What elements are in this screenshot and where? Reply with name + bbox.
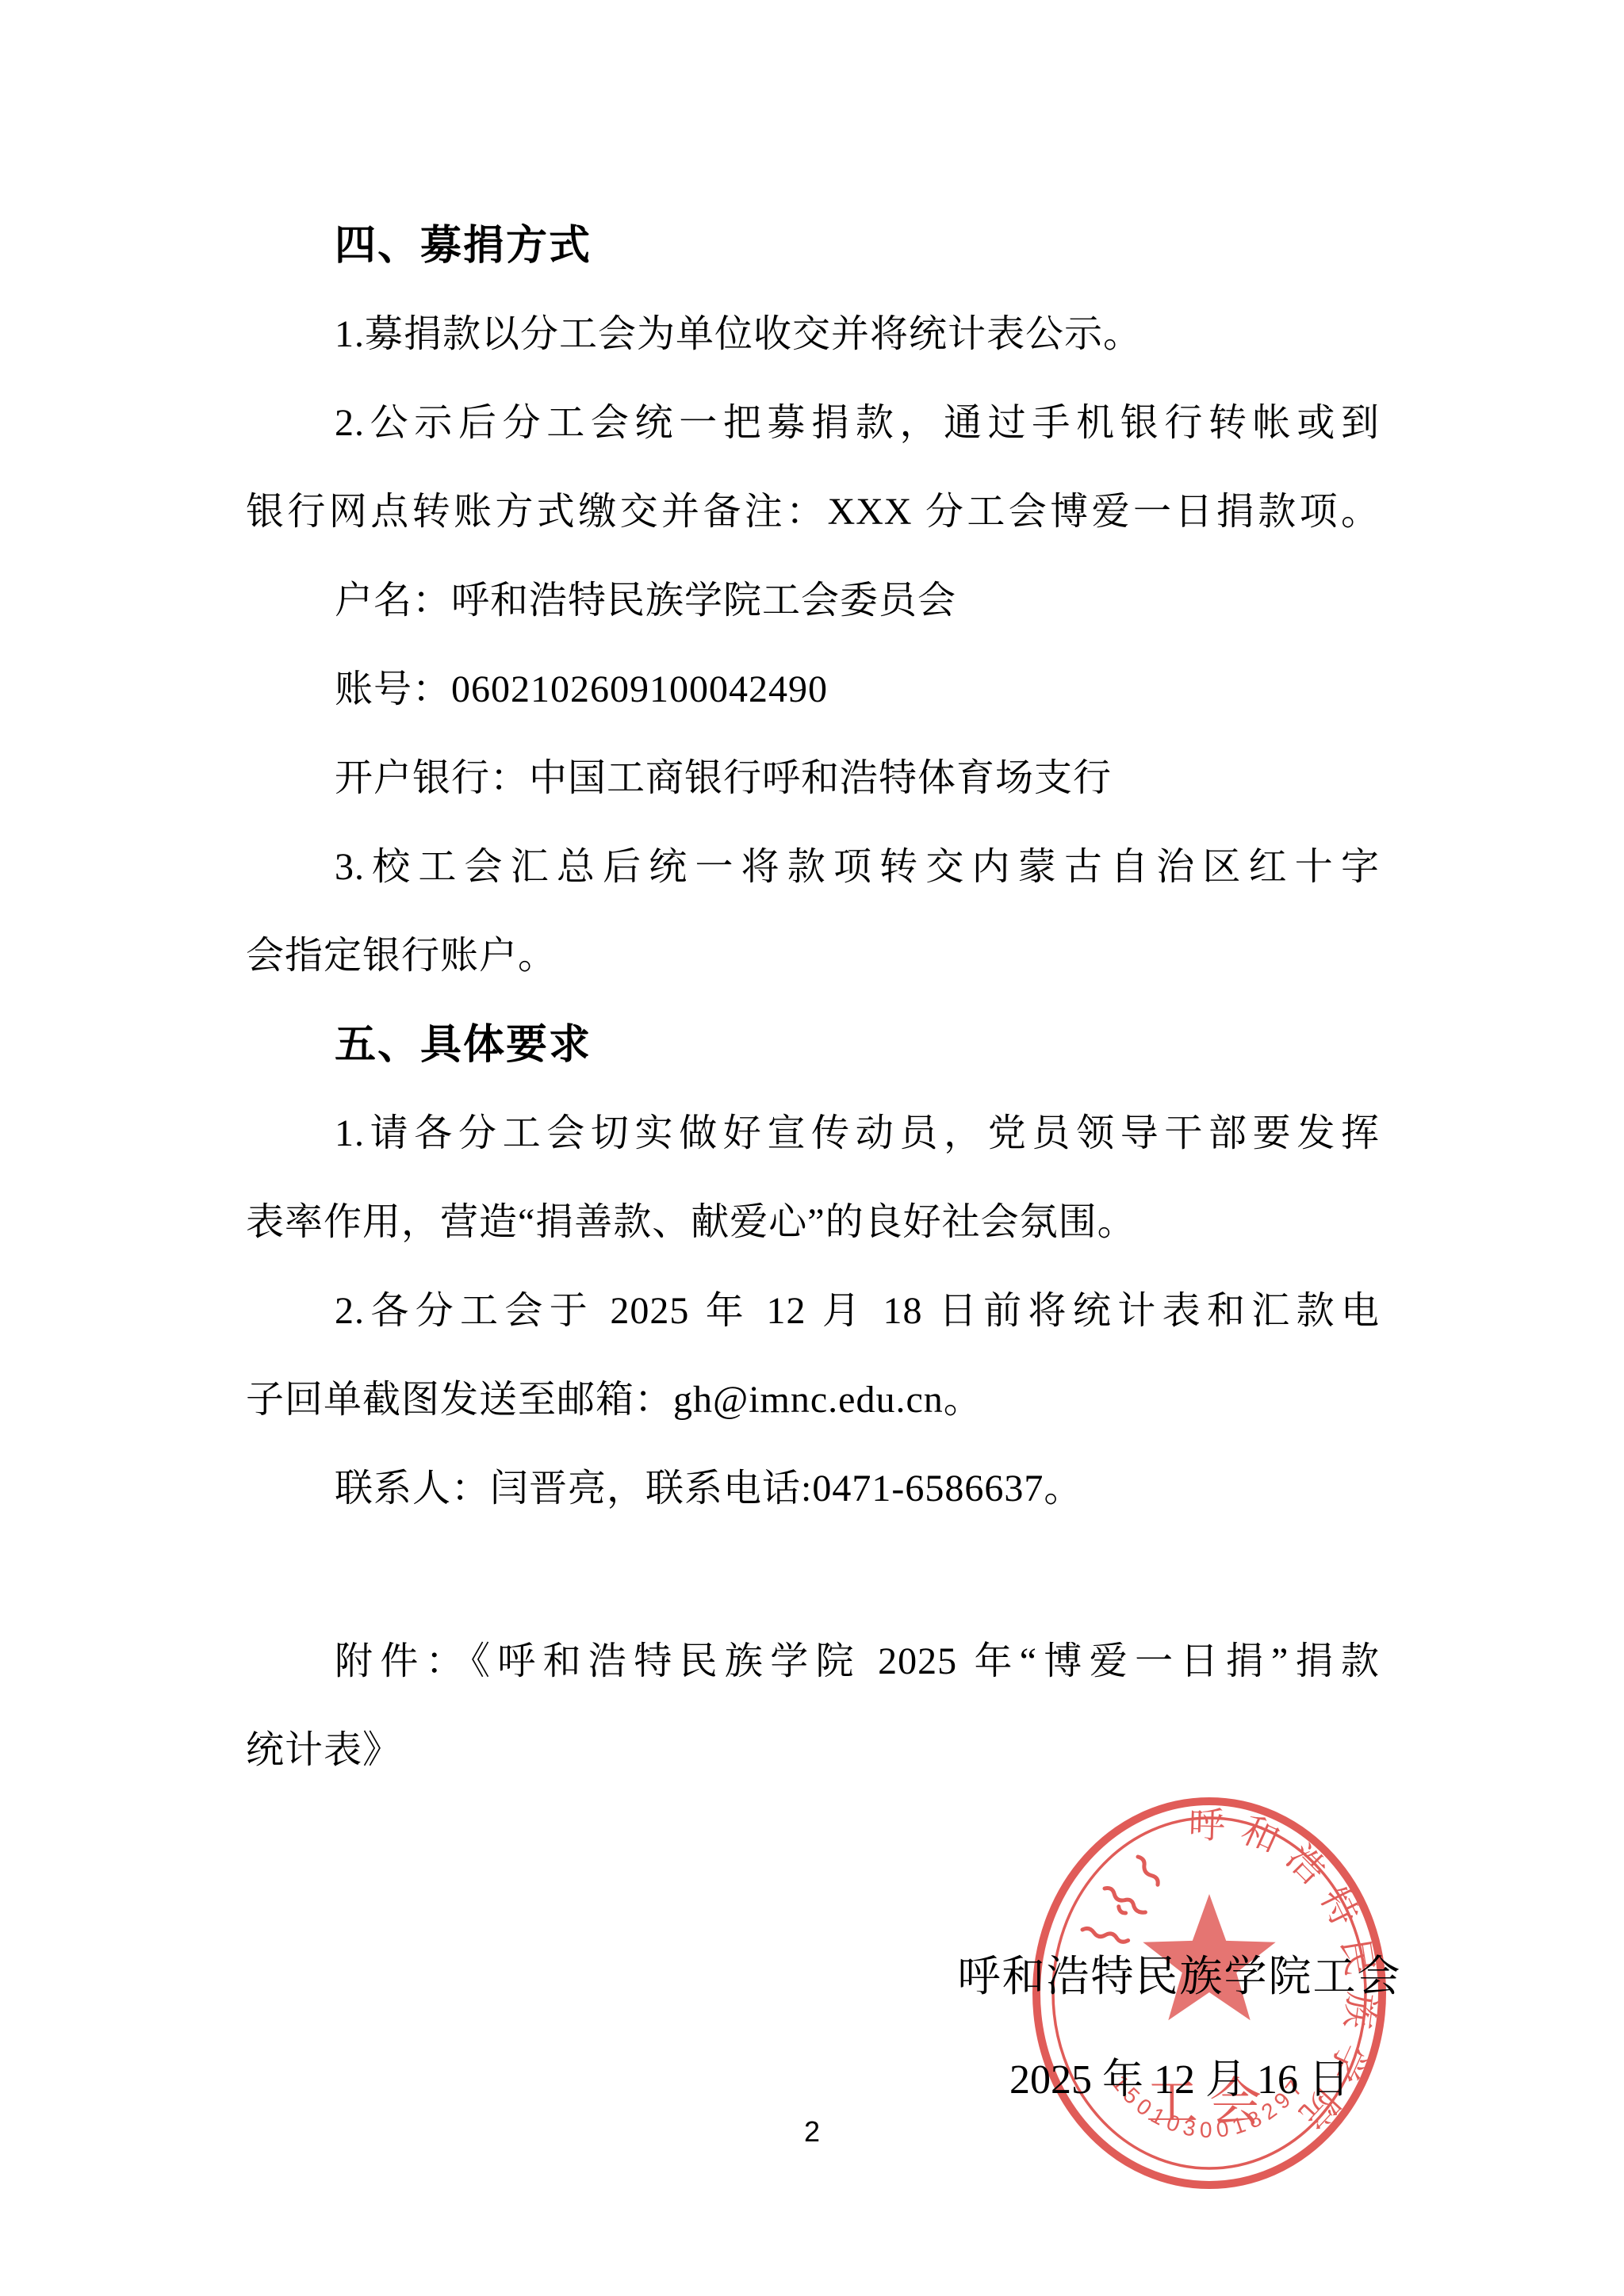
body-line: 3.校工会汇总后统一将款项转交内蒙古自治区红十字	[246, 823, 1380, 912]
document-body: 四、募捐方式 1.募捐款以分工会为单位收交并将统计表公示。 2.公示后分工会统一…	[246, 201, 1380, 1795]
attachment-line-2: 统计表》	[246, 1706, 1380, 1795]
section-heading-4: 四、募捐方式	[246, 201, 1380, 290]
body-line: 表率作用，营造“捐善款、献爱心”的良好社会氛围。	[246, 1178, 1380, 1267]
body-line: 1.募捐款以分工会为单位收交并将统计表公示。	[246, 290, 1380, 379]
body-line: 银行网点转账方式缴交并备注：XXX 分工会博爱一日捐款项。	[246, 468, 1380, 557]
bank-line: 开户银行：中国工商银行呼和浩特体育场支行	[246, 734, 1380, 823]
body-line: 2.各分工会于 2025 年 12 月 18 日前将统计表和汇款电	[246, 1267, 1380, 1356]
seal-bottom-label: 工会	[1146, 2072, 1273, 2131]
seal-mongolian-script-icon	[1100, 1883, 1146, 1923]
body-line: 1.请各分工会切实做好宣传动员，党员领导干部要发挥	[246, 1089, 1380, 1178]
attachment-line: 附件：《呼和浩特民族学院 2025 年“博爱一日捐”捐款	[246, 1617, 1380, 1706]
seal-star-icon	[1143, 1894, 1275, 2020]
document-page: 四、募捐方式 1.募捐款以分工会为单位收交并将统计表公示。 2.公示后分工会统一…	[0, 0, 1624, 2296]
section-heading-5: 五、具体要求	[246, 1001, 1380, 1089]
official-seal: 呼和浩特民族学院 1501030018297 工会	[1027, 1793, 1392, 2194]
account-number-line: 账号：0602102609100042490	[246, 645, 1380, 734]
seal-mongolian-script-icon	[1082, 1925, 1129, 1946]
body-line: 会指定银行账户。	[246, 912, 1380, 1001]
account-name-line: 户名：呼和浩特民族学院工会委员会	[246, 557, 1380, 645]
email-line: 子回单截图发送至邮箱：gh@imnc.edu.cn。	[246, 1356, 1380, 1445]
contact-line: 联系人：闫晋亮，联系电话:0471-6586637。	[246, 1445, 1380, 1533]
body-line: 2.公示后分工会统一把募捐款，通过手机银行转帐或到	[246, 379, 1380, 468]
seal-mongolian-script-icon	[1137, 1854, 1159, 1887]
